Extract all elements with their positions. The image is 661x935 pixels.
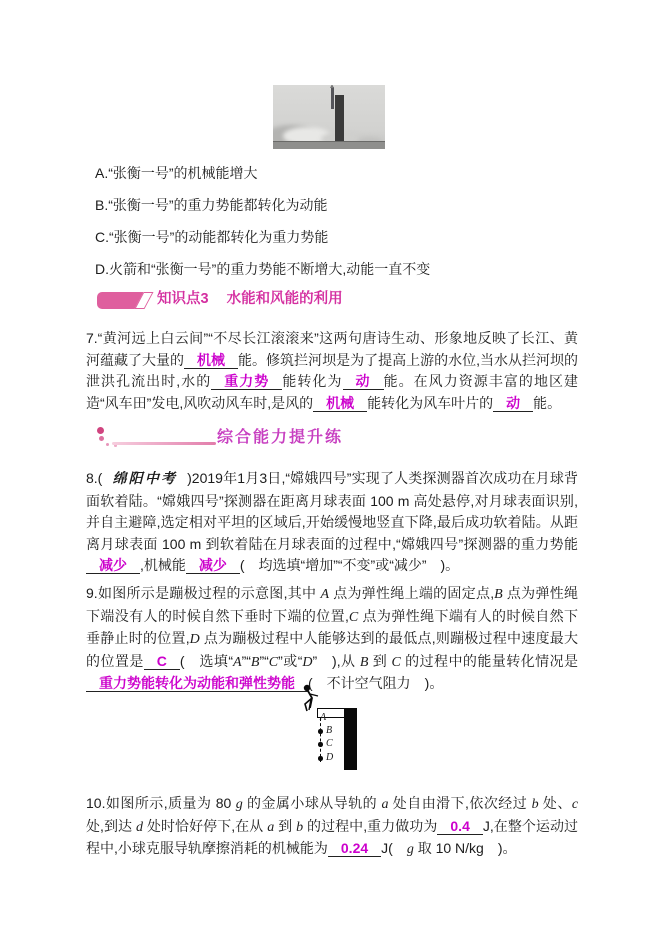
tower-column	[344, 708, 357, 770]
exam-source-badge: 绵阳中考	[102, 472, 187, 487]
variable: a	[381, 797, 388, 812]
variable: C	[349, 610, 358, 625]
point-c-dot	[318, 742, 323, 747]
variable: B	[494, 587, 503, 602]
variable: b	[296, 820, 303, 835]
question-10: 10.如图所示,质量为 80 g 的金属小球从导轨的 a 处自由滑下,依次经过 …	[86, 793, 578, 861]
question-8: 8.(绵阳中考)2019年1月3日,“嫦娥四号”实现了人类探测器首次成功在月球背…	[86, 468, 578, 577]
knowledge-point-title: 知识点3水能和风能的利用	[157, 289, 343, 311]
question-9: 9.如图所示是蹦极过程的示意图,其中 A 点为弹性绳上端的固定点,B 点为弹性绳…	[86, 583, 578, 695]
answer-blank: 动	[493, 395, 533, 412]
question-7: 7.“黄河远上白云间”“不尽长江滚滚来”这两句唐诗生动、形象地反映了长江、黄河蕴…	[86, 328, 578, 414]
option-a: A.“张衡一号”的机械能增大	[95, 163, 595, 185]
decor-line-icon	[112, 442, 216, 445]
answer-blank: C	[144, 653, 180, 670]
workbook-page: A.“张衡一号”的机械能增大 B.“张衡一号”的重力势能都转化为动能 C.“张衡…	[0, 0, 661, 935]
launch-tower-icon	[335, 95, 344, 143]
variable: B	[251, 655, 260, 670]
decor-dot-icon	[99, 436, 104, 441]
variable: B	[360, 655, 369, 670]
variable: g	[407, 842, 414, 857]
section-header: 综合能力提升练	[0, 424, 661, 452]
answer-blank: 重力势能转化为动能和弹性势能	[86, 675, 308, 692]
bungee-diagram: A B C D	[296, 686, 386, 781]
answer-blank: 减少	[86, 557, 140, 574]
rocket-icon	[331, 87, 334, 109]
decor-dot-icon	[97, 427, 104, 434]
point-b-dot	[318, 729, 323, 734]
variable: D	[302, 655, 312, 670]
variable: a	[267, 820, 274, 835]
answer-blank: 重力势	[211, 373, 282, 390]
variable: d	[136, 820, 143, 835]
ground-line	[273, 141, 385, 149]
decor-dot-icon	[106, 443, 109, 446]
point-label-d: D	[326, 753, 333, 763]
answer-blank: 动	[343, 373, 384, 390]
variable: D	[190, 632, 200, 647]
option-d: D.火箭和“张衡一号”的重力势能不断增大,动能一直不变	[95, 259, 595, 281]
point-label-c: C	[326, 739, 333, 749]
answer-blank: 0.24	[328, 840, 381, 857]
variable: b	[532, 797, 539, 812]
variable: c	[572, 797, 578, 812]
variable: A	[233, 655, 242, 670]
variable: C	[269, 655, 278, 670]
answer-blank: 0.4	[437, 818, 482, 835]
answer-blank: 机械	[313, 395, 367, 412]
answer-blank: 机械	[184, 352, 238, 369]
section-title: 综合能力提升练	[217, 427, 343, 449]
variable: C	[391, 655, 400, 670]
variable: A	[320, 587, 329, 602]
option-c: C.“张衡一号”的动能都转化为重力势能	[95, 227, 595, 249]
option-b: B.“张衡一号”的重力势能都转化为动能	[95, 195, 595, 217]
knowledge-point-label: 知识点3	[157, 291, 209, 307]
knowledge-point-text: 水能和风能的利用	[227, 291, 343, 307]
point-label-b: B	[326, 726, 332, 736]
knowledge-point-header: 知识点3水能和风能的利用	[97, 289, 343, 311]
point-d-dot	[318, 756, 323, 761]
variable: g	[236, 797, 243, 812]
answer-blank: 减少	[186, 557, 240, 574]
rocket-launch-photo	[273, 85, 385, 149]
